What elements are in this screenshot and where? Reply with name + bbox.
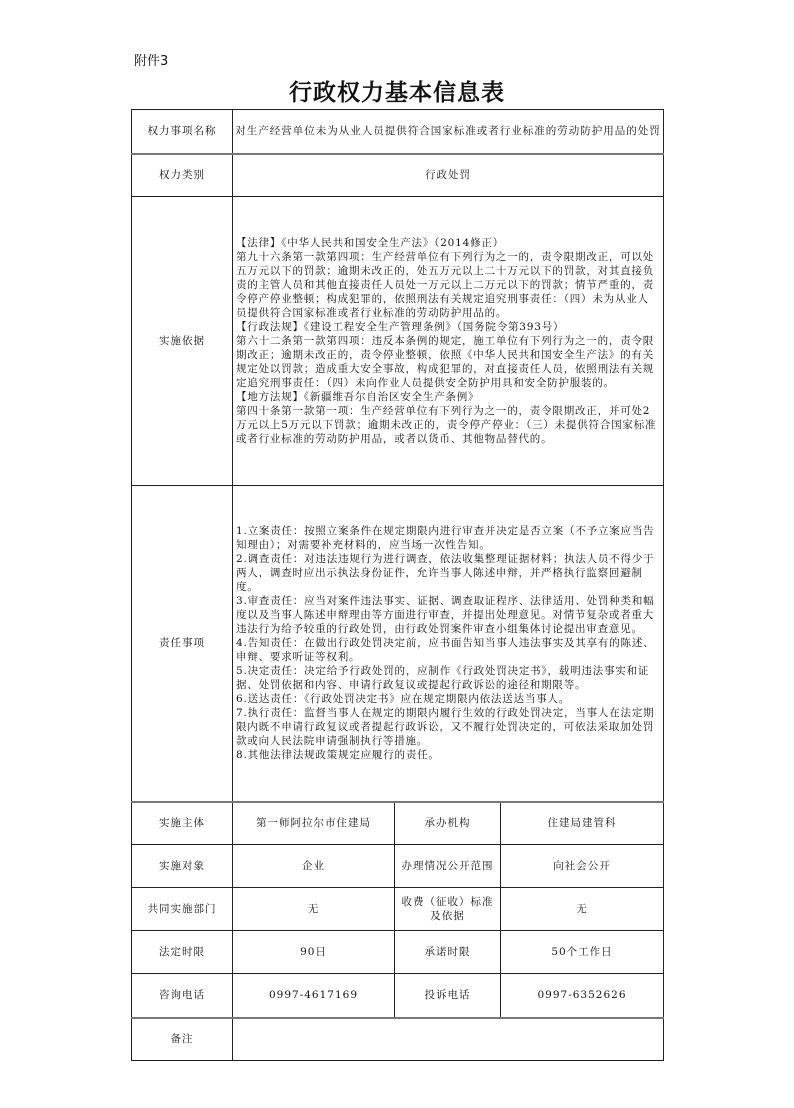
value-fee-standard: 无: [501, 888, 664, 931]
responsibility-item: 6.送达责任：《行政处罚决定书》应在规定期限内依法送达当事人。: [236, 692, 660, 706]
row-category: 权力类别 行政处罚: [132, 154, 664, 197]
row-remark: 备注: [132, 1018, 664, 1061]
row-name: 权力事项名称 对生产经营单位未为从业人员提供符合国家标准或者行业标准的劳动防护用…: [132, 110, 664, 154]
row-basis: 实施依据 【法律】《中华人民共和国安全生产法》（2014修正） 第九十六条第一款…: [132, 197, 664, 486]
row-target: 实施对象 企业 办理情况公开范围 向社会公开: [132, 845, 664, 888]
value-target: 企业: [233, 845, 395, 888]
label-name: 权力事项名称: [132, 110, 233, 154]
row-subject: 实施主体 第一师阿拉尔市住建局 承办机构 住建局建管科: [132, 802, 664, 845]
responsibility-item: 1.立案责任：按照立案条件在规定期限内进行审查并决定是否立案（不予立案应当告知理…: [236, 524, 660, 552]
value-category: 行政处罚: [233, 154, 664, 197]
attachment-label: 附件3: [134, 50, 168, 69]
responsibility-item: 5.决定责任：决定给予行政处罚的，应制作《行政处罚决定书》，载明违法事实和证据、…: [236, 664, 660, 692]
value-complaint-phone: 0997-6352626: [501, 974, 664, 1018]
basis-local-title: 【地方法规】《新疆维吾尔自治区安全生产条例》: [236, 390, 660, 404]
row-responsibility: 责任事项 1.立案责任：按照立案条件在规定期限内进行审查并决定是否立案（不予立案…: [132, 486, 664, 802]
value-legal-time: 90日: [233, 931, 395, 974]
label-legal-time: 法定时限: [132, 931, 233, 974]
label-target: 实施对象: [132, 845, 233, 888]
responsibility-item: 4.告知责任：在做出行政处罚决定前，应书面告知当事人违法事实及其享有的陈述、申辩…: [236, 636, 660, 664]
label-joint-dept: 共同实施部门: [132, 888, 233, 931]
value-handling-agency: 住建局建管科: [501, 802, 664, 845]
label-promised-time: 承诺时限: [395, 931, 501, 974]
label-fee-standard: 收费（征收）标准及依据: [395, 888, 501, 931]
label-complaint-phone: 投诉电话: [395, 974, 501, 1018]
value-promised-time: 50个工作日: [501, 931, 664, 974]
responsibility-item: 2.调查责任：对违法违规行为进行调查，依法收集整理证据材料；执法人员不得少于两人…: [236, 552, 660, 594]
value-disclosure-scope: 向社会公开: [501, 845, 664, 888]
basis-regulation-title: 【行政法规】《建设工程安全生产管理条例》（国务院令第393号）: [236, 320, 660, 334]
value-responsibility: 1.立案责任：按照立案条件在规定期限内进行审查并决定是否立案（不予立案应当告知理…: [233, 486, 664, 802]
info-table: 权力事项名称 对生产经营单位未为从业人员提供符合国家标准或者行业标准的劳动防护用…: [131, 109, 664, 1061]
row-time: 法定时限 90日 承诺时限 50个工作日: [132, 931, 664, 974]
label-responsibility: 责任事项: [132, 486, 233, 802]
label-disclosure-scope: 办理情况公开范围: [395, 845, 501, 888]
value-name: 对生产经营单位未为从业人员提供符合国家标准或者行业标准的劳动防护用品的处罚: [233, 110, 664, 154]
value-basis: 【法律】《中华人民共和国安全生产法》（2014修正） 第九十六条第一款第四项：生…: [233, 197, 664, 486]
value-remark: [233, 1018, 664, 1061]
row-phone: 咨询电话 0997-4617169 投诉电话 0997-6352626: [132, 974, 664, 1018]
responsibility-item: 8.其他法律法规政策规定应履行的责任。: [236, 748, 660, 762]
label-consult-phone: 咨询电话: [132, 974, 233, 1018]
value-subject: 第一师阿拉尔市住建局: [233, 802, 395, 845]
label-basis: 实施依据: [132, 197, 233, 486]
row-joint: 共同实施部门 无 收费（征收）标准及依据 无: [132, 888, 664, 931]
basis-regulation-text: 第六十二条第一款第四项：违反本条例的规定，施工单位有下列行为之一的，责令限期改正…: [236, 334, 660, 390]
label-remark: 备注: [132, 1018, 233, 1061]
responsibility-item: 7.执行责任：监督当事人在规定的期限内履行生效的行政处罚决定，当事人在法定期限内…: [236, 706, 660, 748]
value-consult-phone: 0997-4617169: [233, 974, 395, 1018]
basis-law-text: 第九十六条第一款第四项：生产经营单位有下列行为之一的，责令限期改正，可以处五万元…: [236, 250, 660, 320]
responsibility-item: 3.审查责任：应当对案件违法事实、证据、调查取证程序、法律适用、处罚种类和幅度以…: [236, 594, 660, 636]
page-title: 行政权力基本信息表: [0, 74, 794, 107]
label-subject: 实施主体: [132, 802, 233, 845]
basis-local-text: 第四十条第一款第一项：生产经营单位有下列行为之一的，责令限期改正，并可处2万元以…: [236, 404, 660, 446]
label-category: 权力类别: [132, 154, 233, 197]
value-joint-dept: 无: [233, 888, 395, 931]
label-handling-agency: 承办机构: [395, 802, 501, 845]
basis-law-title: 【法律】《中华人民共和国安全生产法》（2014修正）: [236, 236, 660, 250]
